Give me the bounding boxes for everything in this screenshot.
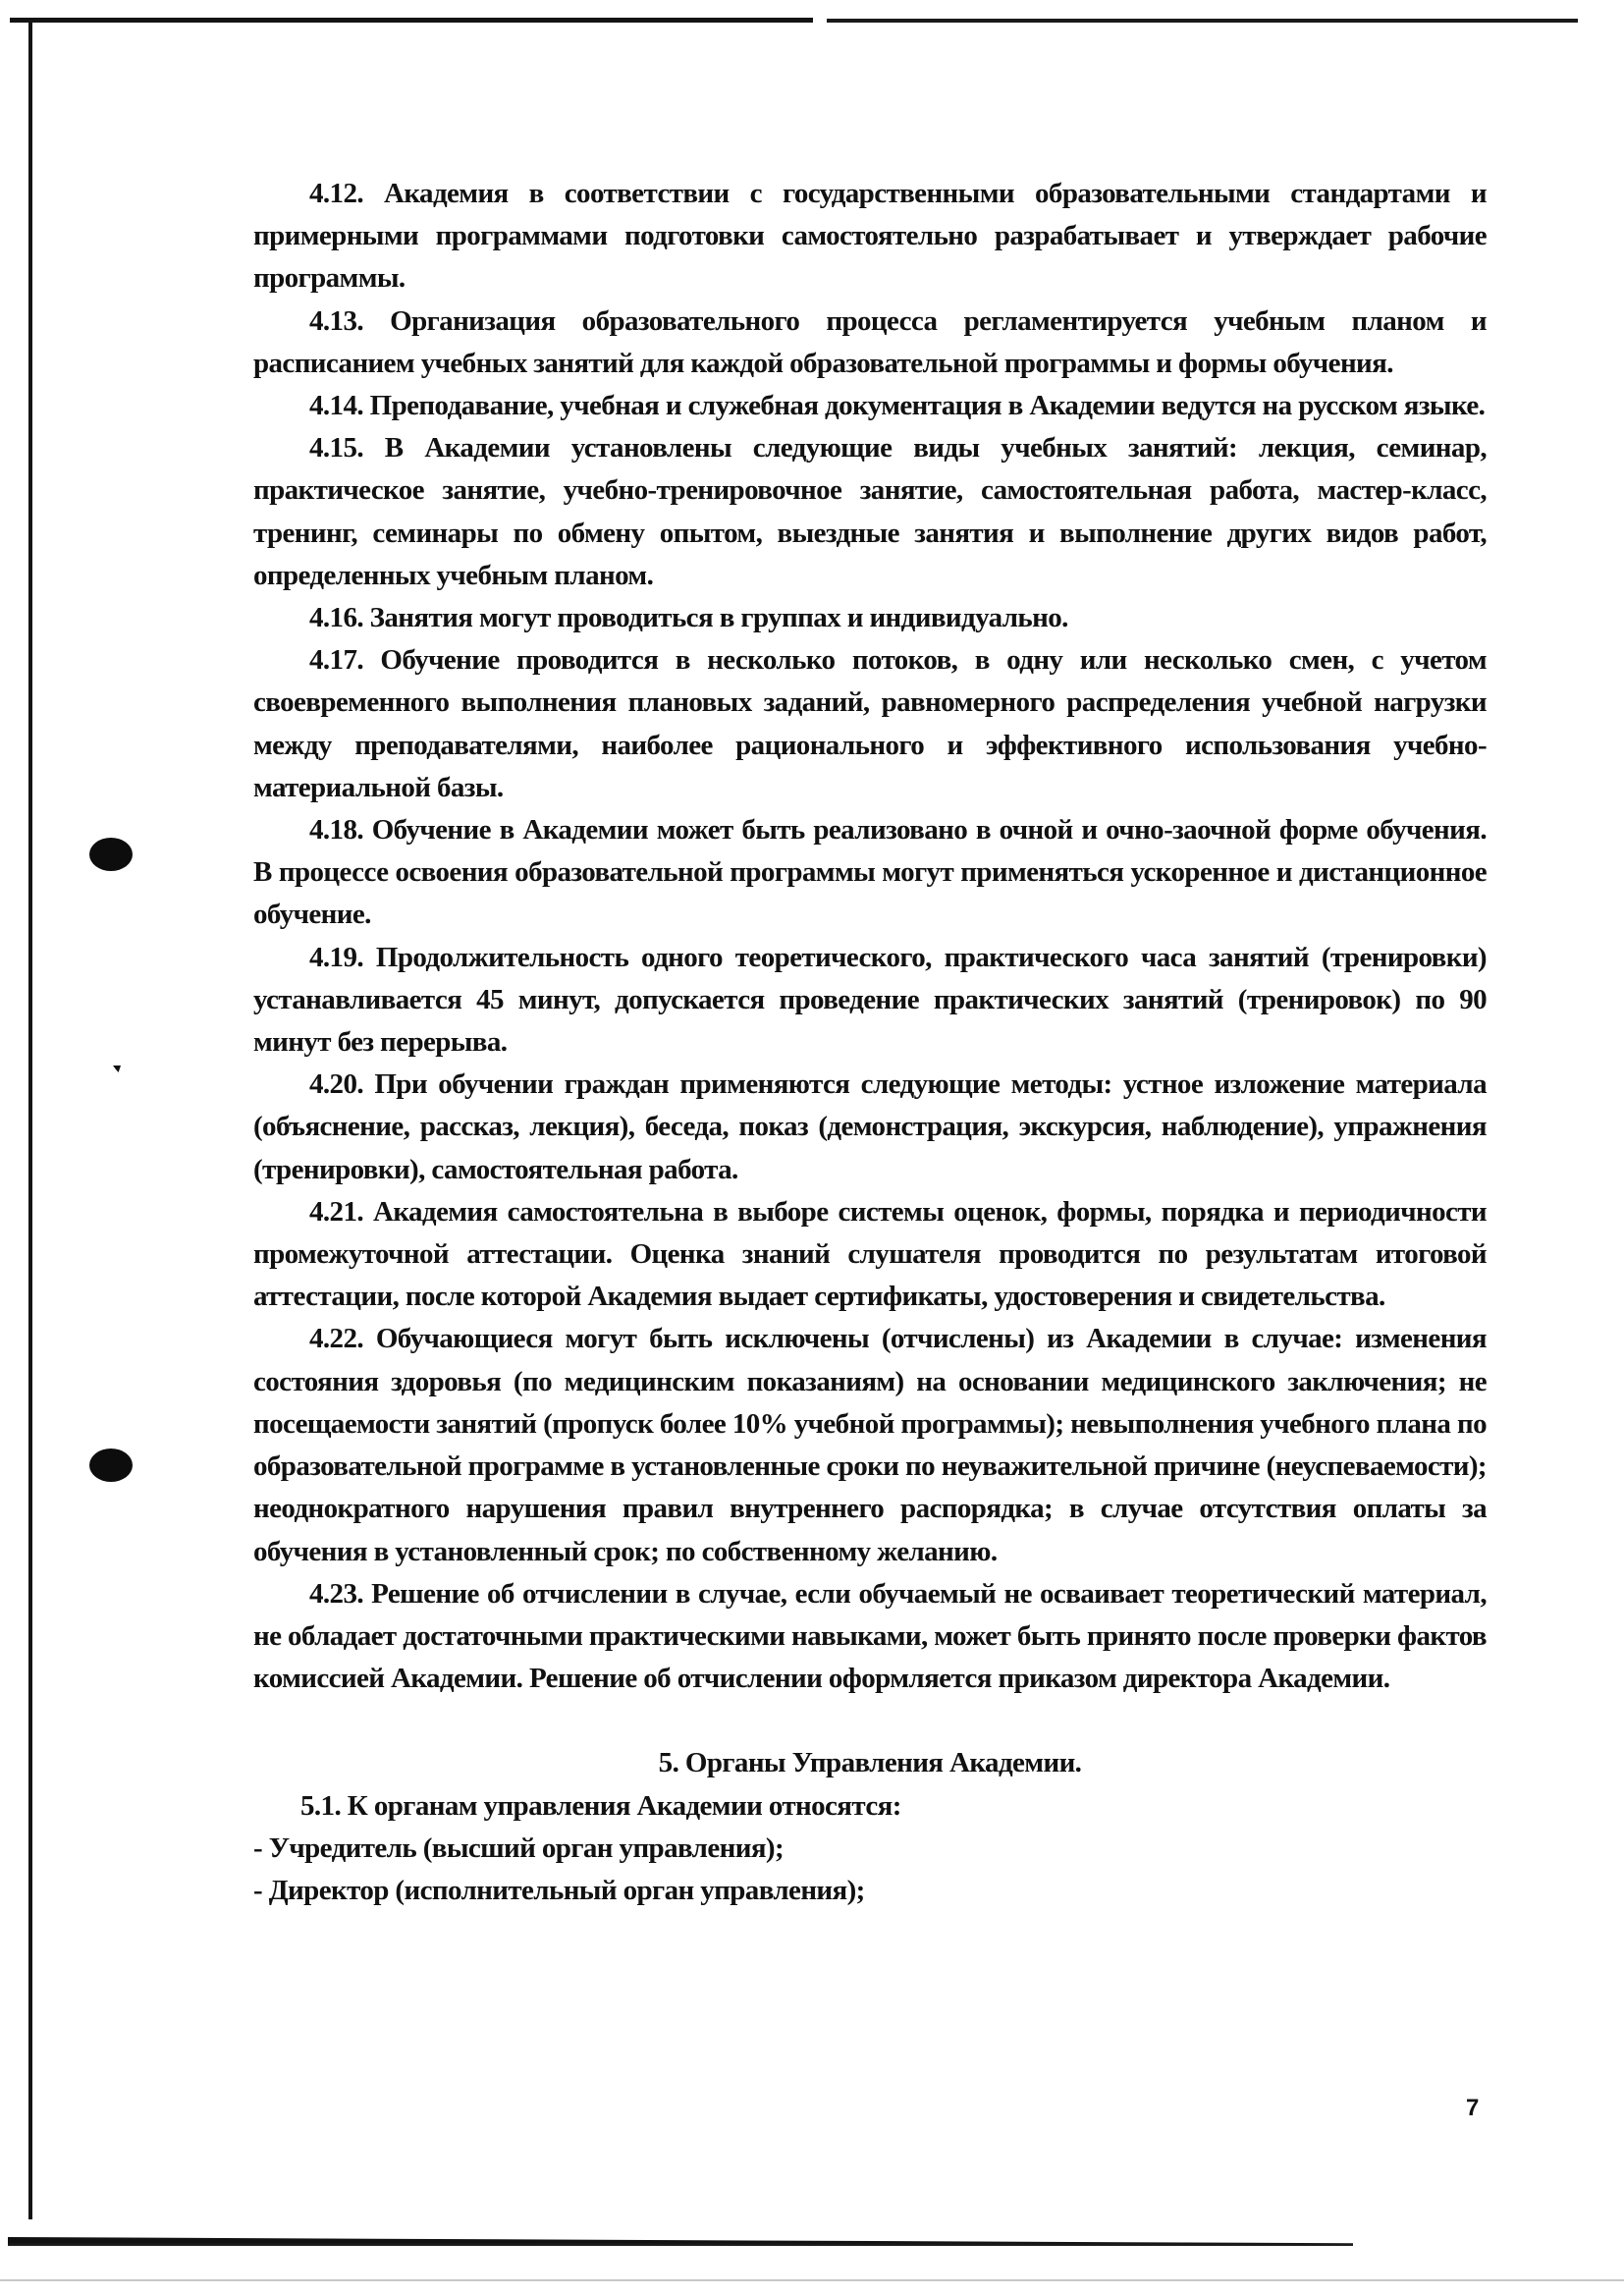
paragraph-4-16: 4.16. Занятия могут проводиться в группа… (253, 597, 1487, 639)
paragraph-4-12: 4.12. Академия в соответствии с государс… (253, 173, 1487, 301)
list-item-director: - Директор (исполнительный орган управле… (253, 1870, 1487, 1912)
scan-edge-bottom (0, 2279, 1624, 2281)
paragraph-5-1: 5.1. К органам управления Академии относ… (253, 1785, 1487, 1828)
paragraph-4-22: 4.22. Обучающиеся могут быть исключены (… (253, 1318, 1487, 1572)
scan-border-top-left (10, 18, 813, 23)
punch-hole-icon (89, 1449, 133, 1482)
paragraph-4-23: 4.23. Решение об отчислении в случае, ес… (253, 1573, 1487, 1701)
scan-border-bottom (8, 2237, 1353, 2246)
scan-border-left (28, 20, 32, 2219)
paragraph-4-17: 4.17. Обучение проводится в несколько по… (253, 639, 1487, 809)
document-body: 4.12. Академия в соответствии с государс… (253, 173, 1487, 1912)
section-5-title: 5. Органы Управления Академии. (253, 1742, 1487, 1784)
paragraph-4-21: 4.21. Академия самостоятельна в выборе с… (253, 1191, 1487, 1319)
scan-speck (113, 1066, 121, 1072)
paragraph-4-20: 4.20. При обучении граждан применяются с… (253, 1064, 1487, 1191)
scan-border-top-right (827, 19, 1578, 23)
paragraph-4-14: 4.14. Преподавание, учебная и служебная … (253, 385, 1487, 427)
paragraph-4-19: 4.19. Продолжительность одного теоретиче… (253, 937, 1487, 1065)
paragraph-4-13: 4.13. Организация образовательного проце… (253, 301, 1487, 385)
page-number: 7 (1466, 2095, 1479, 2122)
punch-hole-icon (89, 838, 133, 871)
paragraph-4-15: 4.15. В Академии установлены следующие в… (253, 427, 1487, 597)
list-item-founder: - Учредитель (высший орган управления); (253, 1828, 1487, 1870)
paragraph-4-18: 4.18. Обучение в Академии может быть реа… (253, 809, 1487, 937)
